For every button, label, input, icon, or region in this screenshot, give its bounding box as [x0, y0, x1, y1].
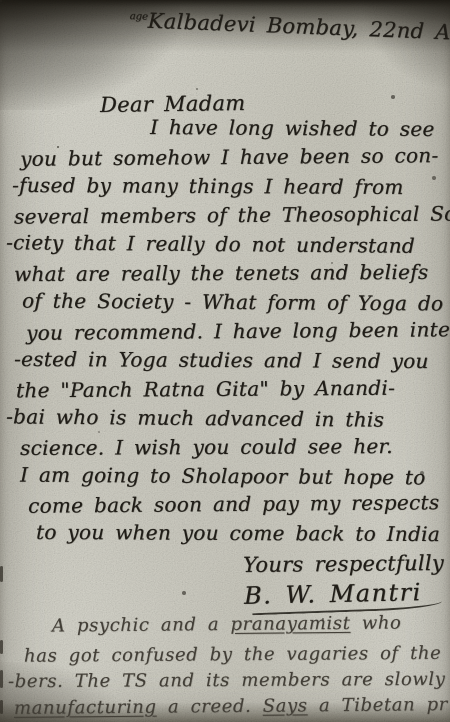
letter-line: I have long wished to see [150, 115, 435, 141]
note-underlined-word: Says [263, 695, 308, 716]
pencil-note-line: has got confused by the vagaries of the … [24, 642, 450, 667]
letter-line: -fused by many things I heard from [12, 173, 404, 199]
scanned-letter-page: ageKalbadevi Bombay, 22nd August Dear Ma… [0, 0, 450, 722]
letter-line: you but somehow I have been so con- [20, 143, 439, 171]
letter-line: come back soon and pay my respects [28, 490, 440, 518]
letter-line: -ested in Yoga studies and I send you [14, 347, 429, 373]
scan-edge-mark [0, 700, 3, 714]
pencil-note-line: manufacturing a creed. Says a Tibetan pr [14, 694, 448, 719]
dateline-superscript-mark: age [129, 11, 148, 23]
letter-closing: Yours respectfully [243, 551, 444, 578]
letter-line: several members of the Theosophical So- [14, 201, 450, 228]
pencil-note-line: -bers. The TS and its members are slowly [8, 669, 446, 693]
note-text: who [350, 612, 401, 633]
scan-edge-mark [0, 640, 3, 654]
letter-line: to you when you come back to India [36, 520, 440, 546]
pencil-note-line: A psychic and a pranayamist who [52, 612, 402, 637]
letter-line: what are really the tenets and beliefs [14, 260, 429, 286]
letter-line: -bai who is much advanced in this [6, 404, 384, 431]
letter-line: I am going to Sholapoor but hope to [20, 463, 426, 490]
letter-line: science. I wish you could see her. [20, 434, 393, 460]
letter-line: the "Panch Ratna Gita" by Anandi- [16, 376, 395, 403]
letter-line: of the Society - What form of Yoga do [22, 289, 443, 316]
letter-line: -ciety that I really do not understand [6, 230, 415, 258]
letter-salutation: Dear Madam [100, 91, 246, 118]
note-text: A psychic and a [52, 614, 231, 637]
note-text: a creed. [156, 696, 262, 718]
letter-line: you recommend. I have long been inter- [26, 317, 450, 345]
note-underlined-word: manufacturing [14, 697, 157, 719]
note-underlined-word: pranayamist [230, 613, 350, 635]
paper-specks [0, 0, 2, 2]
scan-edge-mark [0, 670, 3, 688]
scan-edge-mark [0, 566, 3, 582]
note-text: a Tibetan pr [307, 694, 448, 716]
